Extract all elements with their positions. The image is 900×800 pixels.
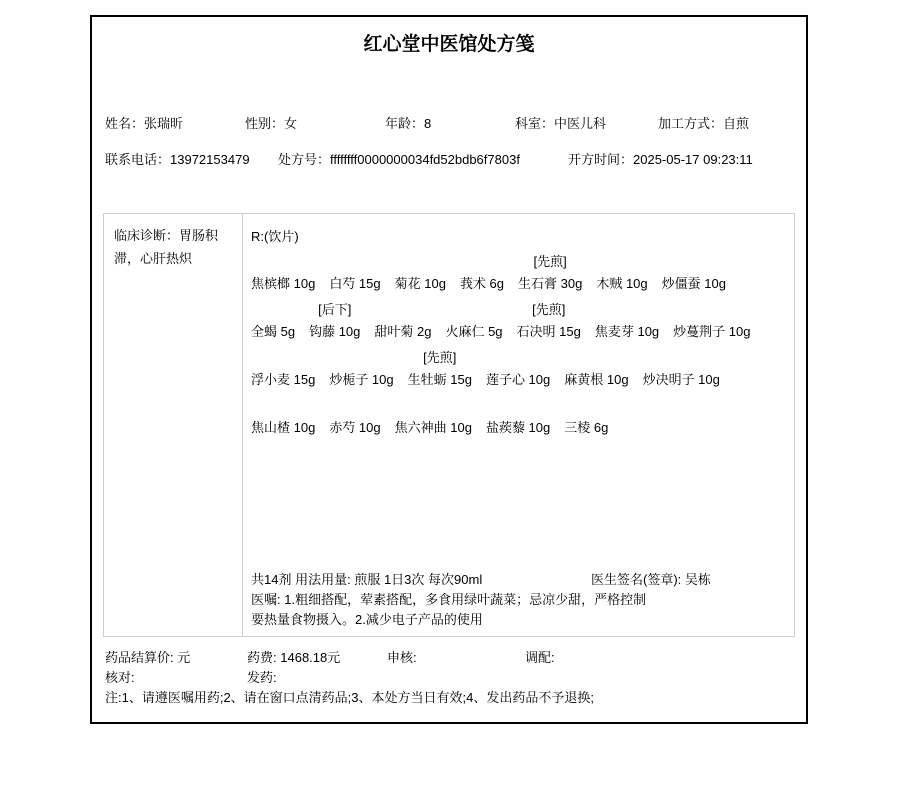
diagnosis-label: 临床诊断： [114, 228, 179, 243]
field-department: 科室：中医儿科 [515, 115, 606, 133]
field-prescription-time: 开方时间：2025-05-17 09:23:11 [568, 151, 753, 169]
dose-count: 共14剂 [251, 572, 291, 587]
advice-label: 医嘱: [251, 592, 281, 607]
advice-text: 1.粗细搭配，荤素搭配，多食用绿叶蔬菜；忌凉少甜，严格控制要热量食物摄入。2.减… [251, 592, 646, 627]
doctor-signature: 医生签名(签章): 吴栋 [591, 570, 711, 590]
herb-row: 焦山楂 10g赤芍 10g焦六神曲 10g盐蒺藜 10g三棱 6g [251, 396, 784, 440]
rx-form-label: R:(饮片) [251, 226, 784, 248]
field-value: 中医儿科 [554, 116, 606, 131]
herb-method-label [329, 396, 380, 416]
herb-method-label [251, 348, 315, 368]
herb-name-dose: 火麻仁 5g [445, 320, 502, 344]
field-value: 元 [177, 650, 190, 665]
usage-value: 煎服 1日3次 每次90ml [354, 572, 482, 587]
herb-row: 浮小麦 15g炒栀子 10g[先煎]生牡蛎 15g莲子心 10g麻黄根 10g炒… [251, 348, 784, 392]
herb-method-label: [先煎] [518, 252, 582, 272]
herb-method-label: [后下] [309, 300, 360, 320]
herb-name-dose: 盐蒺藜 10g [486, 416, 550, 440]
field-value: 张瑞昕 [144, 116, 183, 131]
field-value: 8 [424, 116, 431, 131]
herb-method-label [595, 300, 659, 320]
herb-name-dose: 三棱 6g [564, 416, 608, 440]
herb-name-dose: 炒蔓荆子 10g [673, 320, 750, 344]
field-age: 年龄：8 [385, 115, 431, 133]
herb-rows: 焦槟榔 10g白芍 15g菊花 10g莪术 6g[先煎]生石膏 30g木贼 10… [251, 252, 784, 444]
page-background: { "title": "红心堂中医馆处方笺", "patient_info": … [0, 0, 900, 800]
herb-name-dose: 白芍 15g [329, 272, 380, 296]
field-label: 核对: [105, 670, 135, 685]
field-label: 年龄： [385, 116, 424, 131]
prescription-body: 临床诊断：胃肠积滞，心肝热炽 R:(饮片) 焦槟榔 10g白芍 15g菊花 10… [103, 213, 795, 637]
field-gender: 性别：女 [245, 115, 297, 133]
field-label: 处方号： [278, 152, 330, 167]
patient-info-row-1: 姓名：张瑞昕 性别：女 年龄：8 科室：中医儿科 加工方式：自煎 [105, 115, 793, 133]
footer-section: 药品结算价: 元 药费: 1468.18元 申核: 调配: 核对: 发药: 注:… [105, 648, 793, 708]
herb-name-dose: 炒决明子 10g [643, 368, 720, 392]
prescription-sheet: 红心堂中医馆处方笺 姓名：张瑞昕 性别：女 年龄：8 科室：中医儿科 加工方式：… [90, 15, 808, 724]
herb-method-label [643, 348, 720, 368]
herb-method-label [460, 252, 504, 272]
field-label: 联系电话： [105, 152, 170, 167]
herb-method-label [251, 300, 295, 320]
dosage-usage-line: 共14剂 用法用量: 煎服 1日3次 每次90ml 医生签名(签章): 吴栋 [251, 570, 784, 590]
doctor-signature-name: 吴栋 [685, 572, 711, 587]
herb-name-dose: 莲子心 10g [486, 368, 550, 392]
herb-row: 焦槟榔 10g白芍 15g菊花 10g莪术 6g[先煎]生石膏 30g木贼 10… [251, 252, 784, 296]
herb-method-label: [先煎] [517, 300, 581, 320]
herb-item: [先煎]生石膏 30g [518, 252, 582, 296]
herb-name-dose: 全蝎 5g [251, 320, 295, 344]
herb-method-label [564, 348, 628, 368]
usage-label: 用法用量: [295, 572, 351, 587]
field-issue: 发药: [247, 668, 277, 688]
herb-item: 白芍 15g [329, 252, 380, 296]
field-dispense: 调配: [525, 648, 555, 668]
herb-item: 木贼 10g [596, 252, 647, 296]
field-label: 调配: [525, 650, 555, 665]
field-medicine-fee: 药费: 1468.18元 [247, 648, 340, 668]
field-value: ffffffff0000000034fd52bdb6f7803f [330, 152, 520, 167]
field-processing-method: 加工方式：自煎 [658, 115, 749, 133]
herb-name-dose: 赤芍 10g [329, 416, 380, 440]
herb-method-label [374, 300, 431, 320]
herb-method-label [564, 396, 608, 416]
herb-name-dose: 菊花 10g [395, 272, 446, 296]
field-label: 性别： [245, 116, 284, 131]
herb-item: 浮小麦 15g [251, 348, 315, 392]
herb-method-label: [先煎] [408, 348, 472, 368]
field-value: 1468.18元 [280, 650, 340, 665]
herb-method-label [395, 396, 472, 416]
herb-method-label [251, 252, 315, 272]
herb-item: 炒蔓荆子 10g [673, 300, 750, 344]
herb-name-dose: 生石膏 30g [518, 272, 582, 296]
field-patient-name: 姓名：张瑞昕 [105, 115, 183, 133]
doctor-signature-label: 医生签名(签章): [591, 572, 681, 587]
herb-item: 盐蒺藜 10g [486, 396, 550, 440]
usage-and-advice-block: 共14剂 用法用量: 煎服 1日3次 每次90ml 医生签名(签章): 吴栋 医… [251, 570, 784, 630]
field-settlement-price: 药品结算价: 元 [105, 648, 190, 668]
herb-method-label [486, 348, 550, 368]
field-label: 发药: [247, 670, 277, 685]
field-label: 姓名： [105, 116, 144, 131]
herb-method-label [445, 300, 502, 320]
herb-item: 全蝎 5g [251, 300, 295, 344]
field-value: 13972153479 [170, 152, 250, 167]
herb-method-label [395, 252, 446, 272]
field-label: 科室： [515, 116, 554, 131]
herb-item: 焦山楂 10g [251, 396, 315, 440]
footer-row-1: 药品结算价: 元 药费: 1468.18元 申核: 调配: [105, 648, 793, 668]
herb-name-dose: 炒栀子 10g [329, 368, 393, 392]
herb-item: 莪术 6g [460, 252, 504, 296]
herb-method-label [329, 252, 380, 272]
doctor-advice: 医嘱: 1.粗细搭配，荤素搭配，多食用绿叶蔬菜；忌凉少甜，严格控制要热量食物摄入… [251, 590, 649, 630]
herb-name-dose: 生牡蛎 15g [408, 368, 472, 392]
herb-item: 焦麦芽 10g [595, 300, 659, 344]
herb-name-dose: 甜叶菊 2g [374, 320, 431, 344]
field-label: 申核: [387, 650, 417, 665]
field-value: 女 [284, 116, 297, 131]
herb-name-dose: 木贼 10g [596, 272, 647, 296]
field-label: 药费: [247, 650, 277, 665]
herb-method-label [251, 396, 315, 416]
page-title: 红心堂中医馆处方笺 [92, 33, 806, 57]
herb-name-dose: 焦槟榔 10g [251, 272, 315, 296]
herb-method-label [596, 252, 647, 272]
herb-item: 麻黄根 10g [564, 348, 628, 392]
herb-item: 炒决明子 10g [643, 348, 720, 392]
herb-name-dose: 焦山楂 10g [251, 416, 315, 440]
field-label: 药品结算价: [105, 650, 174, 665]
field-prescription-number: 处方号：ffffffff0000000034fd52bdb6f7803f [278, 151, 520, 169]
herb-method-label [673, 300, 750, 320]
herb-method-label [486, 396, 550, 416]
herb-row: 全蝎 5g[后下]钩藤 10g甜叶菊 2g火麻仁 5g[先煎]石决明 15g焦麦… [251, 300, 784, 344]
herb-item: 炒栀子 10g [329, 348, 393, 392]
field-contact-phone: 联系电话：13972153479 [105, 151, 250, 169]
herb-name-dose: 浮小麦 15g [251, 368, 315, 392]
herb-name-dose: 炒僵蚕 10g [662, 272, 726, 296]
herb-method-label [329, 348, 393, 368]
field-value: 自煎 [723, 116, 749, 131]
herb-item: 焦六神曲 10g [395, 396, 472, 440]
herb-name-dose: 钩藤 10g [309, 320, 360, 344]
herb-name-dose: 莪术 6g [460, 272, 504, 296]
herb-item: 焦槟榔 10g [251, 252, 315, 296]
footer-row-2: 核对: 发药: [105, 668, 793, 688]
herb-item: 赤芍 10g [329, 396, 380, 440]
footer-note: 注:1、请遵医嘱用药;2、请在窗口点清药品;3、本处方当日有效;4、发出药品不予… [105, 688, 793, 708]
prescription-area: R:(饮片) 焦槟榔 10g白芍 15g菊花 10g莪术 6g[先煎]生石膏 3… [243, 214, 794, 636]
field-label: 加工方式： [658, 116, 723, 131]
herb-name-dose: 石决明 15g [517, 320, 581, 344]
herb-name-dose: 焦麦芽 10g [595, 320, 659, 344]
herb-item: [先煎]石决明 15g [517, 300, 581, 344]
herb-method-label [662, 252, 726, 272]
herb-item: 三棱 6g [564, 396, 608, 440]
herb-item: 甜叶菊 2g [374, 300, 431, 344]
field-value: 2025-05-17 09:23:11 [633, 152, 753, 167]
herb-item: 炒僵蚕 10g [662, 252, 726, 296]
herb-name-dose: 焦六神曲 10g [395, 416, 472, 440]
herb-name-dose: 麻黄根 10g [564, 368, 628, 392]
herb-item: 菊花 10g [395, 252, 446, 296]
clinical-diagnosis: 临床诊断：胃肠积滞，心肝热炽 [104, 214, 243, 636]
field-label: 开方时间： [568, 152, 633, 167]
herb-item: [先煎]生牡蛎 15g [408, 348, 472, 392]
patient-info-row-2: 联系电话：13972153479 处方号：ffffffff0000000034f… [105, 151, 793, 169]
herb-item: 火麻仁 5g [445, 300, 502, 344]
herb-item: [后下]钩藤 10g [309, 300, 360, 344]
field-review: 申核: [387, 648, 417, 668]
field-check: 核对: [105, 668, 135, 688]
herb-item: 莲子心 10g [486, 348, 550, 392]
